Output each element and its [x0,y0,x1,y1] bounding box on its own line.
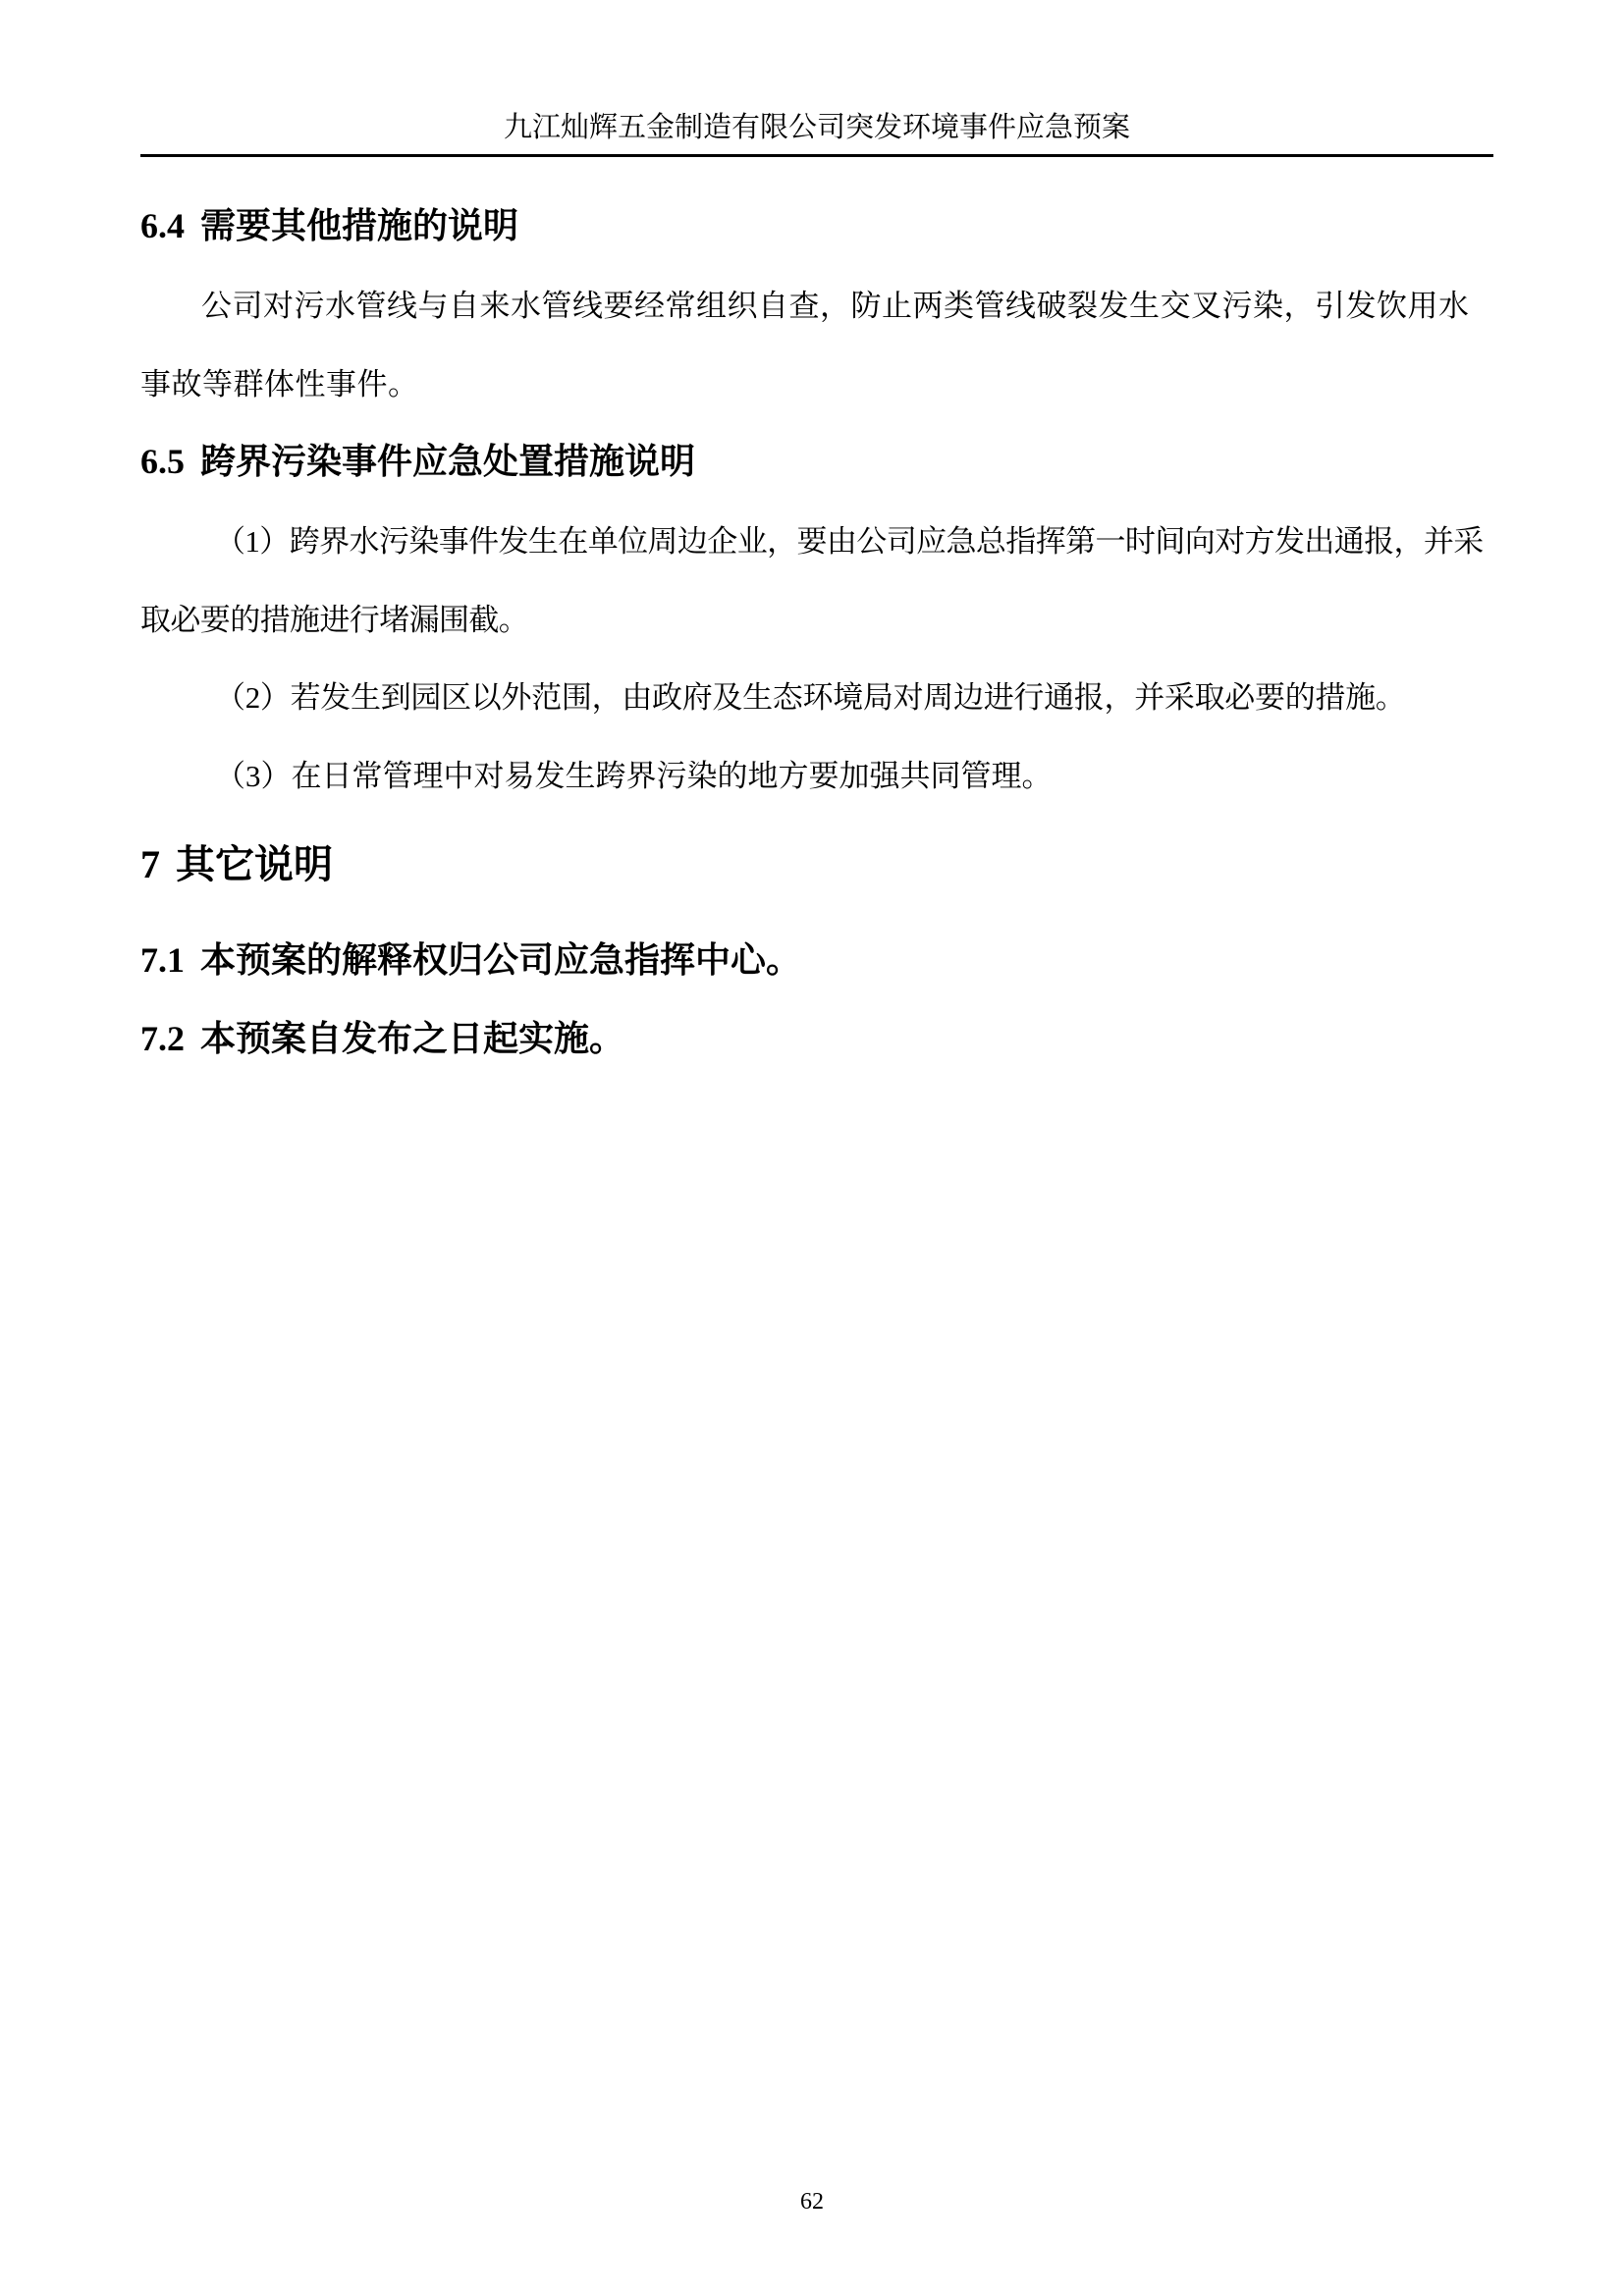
section-number: 7.2 [140,1019,185,1058]
section-heading-7-1: 7.1本预案的解释权归公司应急指挥中心。 [140,935,801,985]
section-6-5-item-3: （3）在日常管理中对易发生跨界污染的地方要加强共同管理。 [140,752,1493,801]
section-title: 本预案自发布之日起实施。 [200,1019,624,1058]
section-number: 6.5 [140,442,185,481]
chapter-title: 其它说明 [176,842,333,886]
section-heading-6-5: 6.5跨界污染事件应急处置措施说明 [140,437,695,486]
section-title: 需要其他措施的说明 [200,206,518,245]
section-number: 7.1 [140,940,185,980]
chapter-number: 7 [140,842,160,886]
section-number: 6.4 [140,206,185,245]
section-title: 本预案的解释权归公司应急指挥中心。 [200,940,801,980]
section-6-5-item-1: （1）跨界水污染事件发生在单位周边企业，要由公司应急总指挥第一时间向对方发出通报… [140,503,1493,660]
header-rule [140,154,1493,157]
section-heading-7-2: 7.2本预案自发布之日起实施。 [140,1014,624,1063]
section-6-4-paragraph: 公司对污水管线与自来水管线要经常组织自查，防止两类管线破裂发生交叉污染，引发饮用… [140,267,1493,424]
section-heading-6-4: 6.4需要其他措施的说明 [140,201,518,250]
section-6-5-item-2: （2）若发生到园区以外范围，由政府及生态环境局对周边进行通报，并采取必要的措施。 [140,673,1493,722]
chapter-heading-7: 7其它说明 [140,837,333,892]
section-title: 跨界污染事件应急处置措施说明 [200,442,695,481]
running-header: 九江灿辉五金制造有限公司突发环境事件应急预案 [140,108,1493,147]
page-number: 62 [0,2187,1624,2216]
